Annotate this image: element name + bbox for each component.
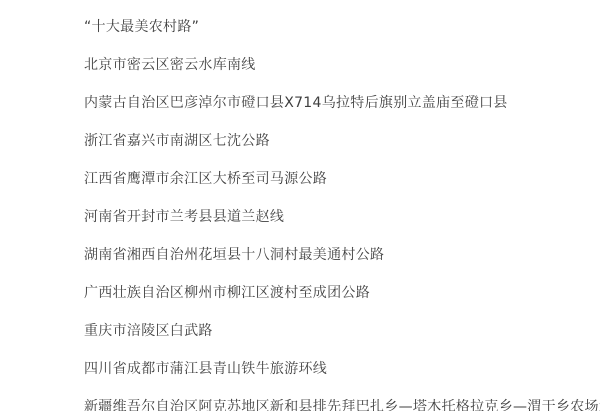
list-item: 北京市密云区密云水库南线 [84, 54, 582, 76]
list-item: 广西壮族自治区柳州市柳江区渡村至成团公路 [84, 282, 582, 304]
document-title: “十大最美农村路” [84, 16, 582, 38]
list-item: 湖南省湘西自治州花垣县十八洞村最美通村公路 [84, 244, 582, 266]
list-item: 四川省成都市蒲江县青山铁牛旅游环线 [84, 358, 582, 380]
list-item: 内蒙古自治区巴彦淖尔市磴口县X714乌拉特后旗别立盖庙至磴口县 [84, 92, 582, 114]
list-item: 浙江省嘉兴市南湖区七沈公路 [84, 130, 582, 152]
list-item: 重庆市涪陵区白武路 [84, 320, 582, 342]
article-body: “十大最美农村路” 北京市密云区密云水库南线 内蒙古自治区巴彦淖尔市磴口县X71… [0, 0, 600, 411]
list-item: 河南省开封市兰考县县道兰赵线 [84, 206, 582, 228]
list-item: 新疆维吾尔自治区阿克苏地区新和县排先拜巴扎乡—塔木托格拉克乡—渭干乡农场道 [84, 396, 582, 411]
list-item: 江西省鹰潭市余江区大桥至司马源公路 [84, 168, 582, 190]
